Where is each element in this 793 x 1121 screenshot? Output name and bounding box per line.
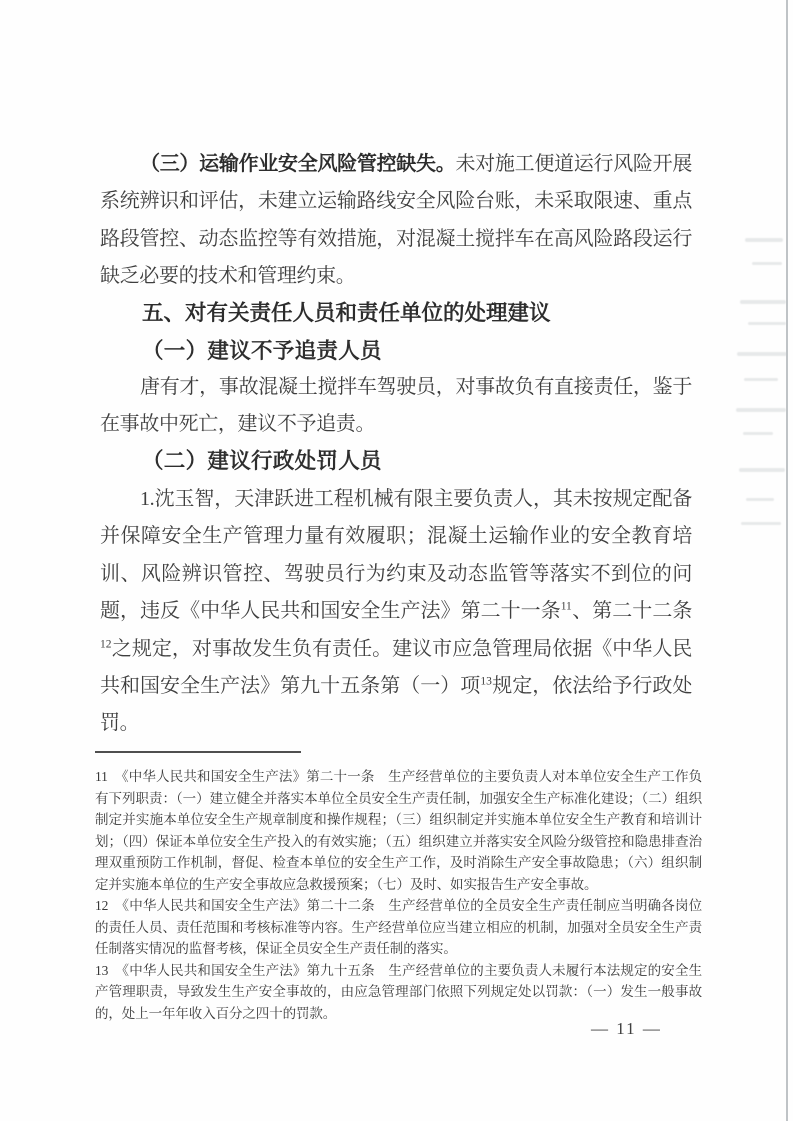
footnote-ref-11: 11 [561, 601, 572, 613]
footnote-12-text: 《中华人民共和国安全生产法》第二十二条 生产经营单位的全员安全生产责任制应当明确… [95, 898, 702, 956]
bleedthrough-streak [744, 378, 778, 381]
bleedthrough-streak [740, 300, 786, 304]
paragraph-risk-control-lead: （三）运输作业安全风险管控缺失。 [140, 153, 455, 175]
paragraph-shen-seg2: 、第二十二条 [572, 600, 692, 622]
bleedthrough-streak [736, 408, 786, 412]
subsection-heading-5-1: （一）建议不予追责人员 [100, 333, 692, 370]
footnote-12-number: 12 [95, 898, 108, 913]
footnotes: 11《中华人民共和国安全生产法》第二十一条 生产经营单位的主要负责人对本单位安全… [95, 766, 702, 1024]
bleedthrough-streak [745, 238, 783, 242]
bleedthrough-streak [743, 432, 773, 435]
section-heading-5: 五、对有关责任人员和责任单位的处理建议 [100, 295, 692, 332]
bleedthrough-streak [741, 522, 781, 525]
page-number: — 11 — [591, 1019, 662, 1039]
subsection-heading-5-2: （二）建议行政处罚人员 [100, 443, 692, 480]
bleedthrough-streak [746, 498, 774, 501]
footnote-11-number: 11 [95, 769, 108, 784]
footnote-13-text: 《中华人民共和国安全生产法》第九十五条 生产经营单位的主要负责人未履行本法规定的… [95, 963, 702, 1021]
footnote-11: 11《中华人民共和国安全生产法》第二十一条 生产经营单位的主要负责人对本单位安全… [95, 766, 702, 895]
paragraph-shen: 1.沈玉智，天津跃进工程机械有限主要负责人，其未按规定配备并保障安全生产管理力量… [100, 481, 692, 743]
footnote-13: 13《中华人民共和国安全生产法》第九十五条 生产经营单位的主要负责人未履行本法规… [95, 960, 702, 1025]
bleedthrough-streak [752, 262, 782, 265]
footnote-13-number: 13 [95, 963, 108, 978]
paragraph-risk-control: （三）运输作业安全风险管控缺失。未对施工便道运行风险开展系统辨识和评估，未建立运… [100, 146, 692, 296]
footnote-ref-13: 13 [480, 675, 492, 687]
document-page: （三）运输作业安全风险管控缺失。未对施工便道运行风险开展系统辨识和评估，未建立运… [0, 0, 793, 1121]
footnote-ref-12: 12 [100, 638, 112, 650]
scan-edge-line [786, 0, 788, 1121]
footnote-11-text: 《中华人民共和国安全生产法》第二十一条 生产经营单位的主要负责人对本单位安全生产… [95, 769, 702, 892]
footnote-12: 12《中华人民共和国安全生产法》第二十二条 生产经营单位的全员安全生产责任制应当… [95, 895, 702, 960]
paragraph-tang: 唐有才，事故混凝土搅拌车驾驶员，对事故负有直接责任，鉴于在事故中死亡，建议不予追… [100, 369, 692, 444]
bleedthrough-streak [748, 322, 786, 325]
bleedthrough-streak [739, 468, 785, 472]
footnote-separator [95, 751, 301, 753]
bleedthrough-streak [737, 352, 787, 356]
